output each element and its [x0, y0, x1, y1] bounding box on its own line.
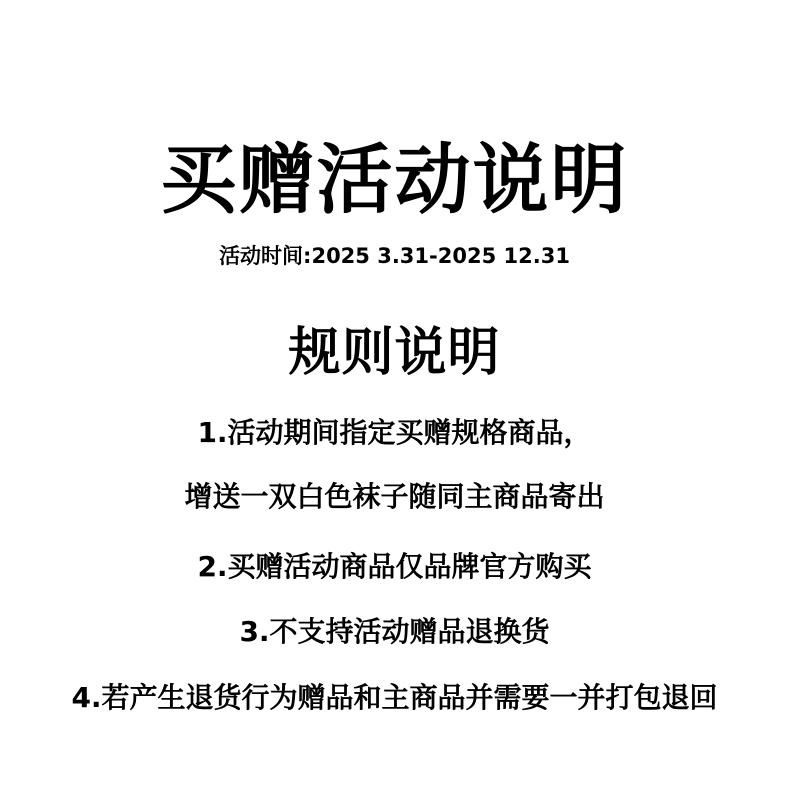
activity-period: 活动时间:2025 3.31-2025 12.31 [0, 246, 789, 267]
rule-line-2: 2.买赠活动商品仅品牌官方购买 [0, 553, 789, 581]
rule-line-1: 1.活动期间指定买赠规格商品， [0, 419, 789, 447]
rule-line-3: 3.不支持活动赠品退换货 [0, 618, 789, 646]
rule-line-1-continued: 增送一双白色袜子随同主商品寄出 [0, 483, 789, 511]
rules-heading: 规则说明 [0, 327, 789, 379]
page-title: 买赠活动说明 [0, 142, 789, 218]
rule-line-4: 4.若产生退货行为赠品和主商品并需要一并打包退回 [0, 684, 789, 712]
